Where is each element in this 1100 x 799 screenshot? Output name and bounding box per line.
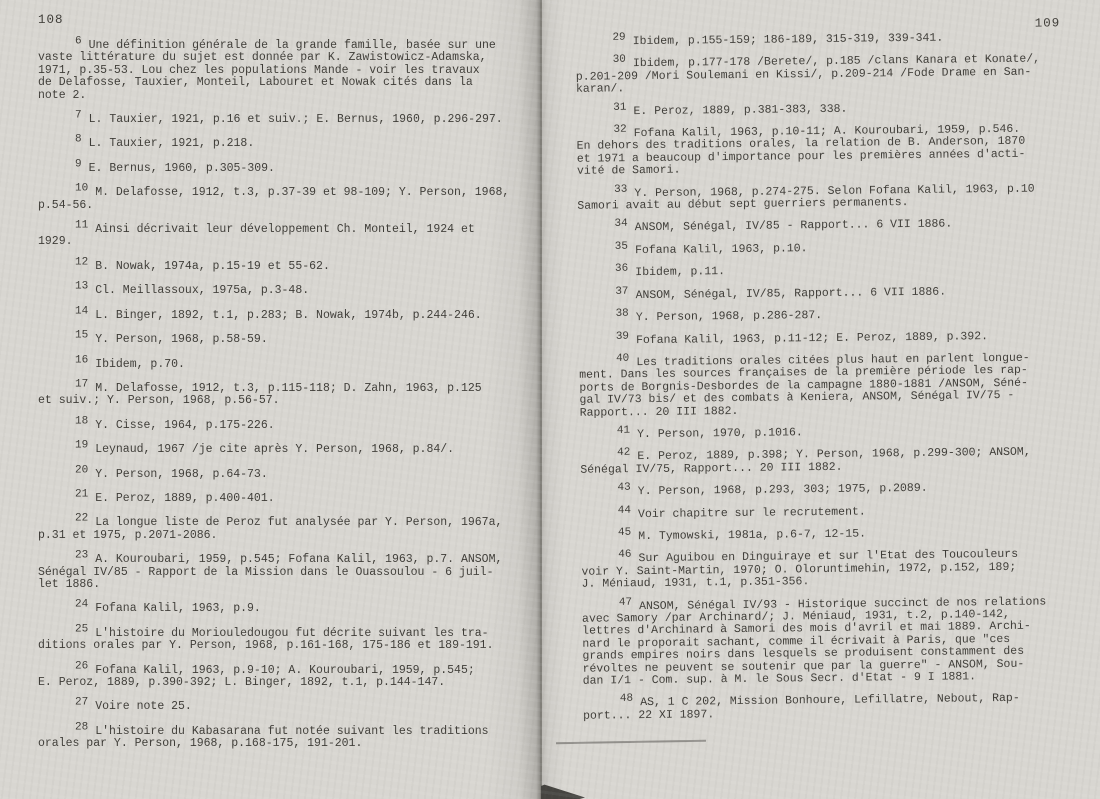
- footnote-text: E. Bernus, 1960, p.305-309.: [89, 162, 275, 175]
- footnote: 32Fofana Kalil, 1963, p.10-11; A. Kourou…: [576, 123, 1074, 178]
- footnote: 8L. Tauxier, 1921, p.218.: [38, 138, 528, 150]
- footnote-number: 46: [618, 549, 631, 562]
- footnote-number: 32: [613, 124, 626, 137]
- footnote: 41Y. Person, 1970, p.1016.: [580, 424, 1077, 442]
- footnote-number: 7: [75, 110, 82, 122]
- footnote: 19Leynaud, 1967 /je cite après Y. Person…: [38, 444, 528, 456]
- footnote-number: 26: [75, 660, 88, 672]
- footnote-number: 15: [75, 330, 88, 342]
- footnote-text: Y. Person, 1968, p.58-59.: [95, 333, 268, 346]
- footnote-text: Fofana Kalil, 1963, p.9-10; A. Kouroubar…: [38, 664, 475, 689]
- footnote-number: 36: [615, 263, 628, 276]
- footnote-text: Une définition générale de la grande fam…: [38, 39, 496, 102]
- footnote-number: 33: [614, 183, 627, 196]
- footnote-text: L. Tauxier, 1921, p.16 et suiv.; E. Bern…: [89, 113, 503, 126]
- footnote-number: 37: [615, 285, 628, 298]
- footnote: 46Sur Aguibou en Dinguiraye et sur l'Eta…: [581, 548, 1078, 591]
- scanned-book-spread: 108 6Une définition générale de la grand…: [0, 0, 1100, 799]
- footnote: 37ANSOM, Sénégal, IV/85, Rapport... 6 VI…: [578, 285, 1075, 303]
- footnote-text: AS, 1 C 202, Mission Bonhoure, Lefillatr…: [583, 692, 1020, 722]
- footnote-number: 16: [75, 354, 88, 366]
- footnote: 21E. Peroz, 1889, p.400-401.: [38, 493, 528, 505]
- footnote-number: 20: [75, 464, 88, 476]
- footnote: 35Fofana Kalil, 1963, p.10.: [578, 240, 1075, 258]
- footnote-text: M. Delafosse, 1912, t.3, p.37-39 et 98-1…: [38, 186, 509, 211]
- footnote: 14L. Binger, 1892, t.1, p.283; B. Nowak,…: [38, 310, 528, 322]
- footnote-number: 14: [75, 305, 88, 317]
- footnote-text: Les traditions orales citées plus haut e…: [579, 352, 1030, 420]
- footnote-text: Fofana Kalil, 1963, p.10.: [635, 242, 808, 257]
- footnote: 11Ainsi décrivait leur développement Ch.…: [38, 224, 528, 249]
- footnote: 25L'histoire du Moriouledougou fut décri…: [38, 628, 528, 653]
- footnote: 24Fofana Kalil, 1963, p.9.: [38, 603, 528, 615]
- footnote-number: 27: [75, 697, 88, 709]
- footnote: 13Cl. Meillassoux, 1975a, p.3-48.: [38, 285, 528, 297]
- footnote-number: 47: [619, 596, 632, 609]
- footnote-number: 12: [75, 256, 88, 268]
- footnote: 28L'histoire du Kabasarana fut notée sui…: [38, 726, 528, 751]
- footnote-text: Cl. Meillassoux, 1975a, p.3-48.: [95, 284, 309, 297]
- footnote: 29Ibidem, p.155-159; 186-189, 315-319, 3…: [575, 31, 1072, 49]
- footnote-number: 29: [612, 32, 625, 45]
- footnote: 6Une définition générale de la grande fa…: [38, 40, 528, 102]
- footnote-number: 25: [75, 623, 88, 635]
- footnote-text: Y. Person, 1970, p.1016.: [637, 426, 803, 441]
- footnote-text: L'histoire du Moriouledougou fut décrite…: [38, 627, 493, 652]
- footnote: 16Ibidem, p.70.: [38, 359, 528, 371]
- footnote-number: 48: [620, 693, 633, 706]
- footnote-number: 39: [616, 330, 629, 343]
- footnote-text: Sur Aguibou en Dinguiraye et sur l'Etat …: [581, 548, 1018, 591]
- footnote-text: Y. Person, 1968, p.293, 303; 1975, p.208…: [638, 482, 928, 498]
- footnote: 9E. Bernus, 1960, p.305-309.: [38, 163, 528, 175]
- footnote: 7L. Tauxier, 1921, p.16 et suiv.; E. Ber…: [38, 114, 528, 126]
- footnote-text: Ibidem, p.11.: [635, 265, 725, 279]
- footnote-number: 21: [75, 488, 88, 500]
- footnote: 44Voir chapitre sur le recrutement.: [581, 504, 1078, 522]
- footnote-number: 40: [616, 353, 629, 366]
- footnote-text: Fofana Kalil, 1963, p.10-11; A. Kourouba…: [577, 123, 1026, 178]
- footnote-number: 34: [614, 218, 627, 231]
- footnotes-list-left: 6Une définition générale de la grande fa…: [38, 40, 528, 751]
- footnote-text: Ibidem, p.177-178 /Berete/, p.185 /clans…: [576, 53, 1040, 96]
- footnote: 31E. Peroz, 1889, p.381-383, 338.: [576, 101, 1073, 119]
- footnote-number: 11: [75, 220, 88, 232]
- footnote-number: 43: [617, 482, 630, 495]
- footnote-text: E. Peroz, 1889, p.398; Y. Person, 1968, …: [580, 446, 1031, 477]
- footnote-text: A. Kouroubari, 1959, p.545; Fofana Kalil…: [38, 553, 502, 591]
- footnote-number: 10: [75, 183, 88, 195]
- footnote-number: 41: [617, 425, 630, 438]
- footnote-text: Voire note 25.: [95, 700, 192, 713]
- footnote-number: 24: [75, 599, 88, 611]
- footnote-text: La longue liste de Peroz fut analysée pa…: [38, 516, 502, 541]
- footnote-text: M. Delafosse, 1912, t.3, p.115-118; D. Z…: [38, 382, 482, 407]
- footnote-text: E. Peroz, 1889, p.381-383, 338.: [633, 102, 847, 117]
- footnote: 47ANSOM, Sénégal IV/93 - Historique succ…: [582, 596, 1080, 688]
- footnote-text: B. Nowak, 1974a, p.15-19 et 55-62.: [95, 260, 330, 273]
- footnote-text: L. Binger, 1892, t.1, p.283; B. Nowak, 1…: [95, 309, 481, 322]
- footnote: 34ANSOM, Sénégal, IV/85 - Rapport... 6 V…: [578, 218, 1075, 236]
- page-number-right: 109: [1035, 17, 1061, 30]
- footnote: 22La longue liste de Peroz fut analysée …: [38, 517, 528, 542]
- footnote-number: 19: [75, 440, 88, 452]
- footnote: 48AS, 1 C 202, Mission Bonhoure, Lefilla…: [583, 693, 1080, 723]
- footnote-text: ANSOM, Sénégal IV/93 - Historique succin…: [582, 595, 1046, 688]
- footnote-text: L'histoire du Kabasarana fut notée suiva…: [38, 725, 489, 750]
- footnote-text: ANSOM, Sénégal, IV/85, Rapport... 6 VII …: [635, 285, 946, 302]
- footnote: 40Les traditions orales citées plus haut…: [579, 352, 1077, 420]
- footnote: 20Y. Person, 1968, p.64-73.: [38, 469, 528, 481]
- footnote: 10M. Delafosse, 1912, t.3, p.37-39 et 98…: [38, 187, 528, 212]
- footnote: 42E. Peroz, 1889, p.398; Y. Person, 1968…: [580, 446, 1077, 476]
- footnote: 18Y. Cisse, 1964, p.175-226.: [38, 420, 528, 432]
- footnote: 45M. Tymowski, 1981a, p.6-7, 12-15.: [581, 526, 1078, 544]
- footnote-number: 44: [618, 504, 631, 517]
- footnote-number: 35: [615, 241, 628, 254]
- footnote: 23A. Kouroubari, 1959, p.545; Fofana Kal…: [38, 554, 528, 591]
- footnote: 33Y. Person, 1968, p.274-275. Selon Fofa…: [577, 183, 1074, 213]
- footnotes-list-right: 29Ibidem, p.155-159; 186-189, 315-319, 3…: [575, 31, 1080, 723]
- footnote-number: 6: [75, 36, 82, 48]
- footnote-text: Fofana Kalil, 1963, p.11-12; E. Peroz, 1…: [636, 330, 988, 347]
- footnote-text: Y. Person, 1968, p.64-73.: [95, 468, 268, 481]
- footnote-text: ANSOM, Sénégal, IV/85 - Rapport... 6 VII…: [635, 218, 953, 235]
- footnote: 27Voire note 25.: [38, 701, 528, 713]
- footnote-number: 28: [75, 721, 88, 733]
- footnote: 38Y. Person, 1968, p.286-287.: [579, 307, 1076, 325]
- footnote: 17M. Delafosse, 1912, t.3, p.115-118; D.…: [38, 383, 528, 408]
- footnote-number: 8: [75, 134, 82, 146]
- footnote-number: 30: [613, 54, 626, 67]
- footnote: 39Fofana Kalil, 1963, p.11-12; E. Peroz,…: [579, 330, 1076, 348]
- footnote-text: Voir chapitre sur le recrutement.: [638, 505, 866, 521]
- footnote-text: Y. Person, 1968, p.274-275. Selon Fofana…: [577, 182, 1034, 213]
- footnote-text: M. Tymowski, 1981a, p.6-7, 12-15.: [638, 527, 866, 543]
- footnote-number: 31: [613, 101, 626, 114]
- footnote: 36Ibidem, p.11.: [578, 262, 1075, 280]
- footnote-number: 42: [617, 447, 630, 460]
- footnote-number: 17: [75, 378, 88, 390]
- footnote-text: Ainsi décrivait leur développement Ch. M…: [38, 223, 475, 248]
- footnote: 43Y. Person, 1968, p.293, 303; 1975, p.2…: [581, 481, 1078, 499]
- footnote: 15Y. Person, 1968, p.58-59.: [38, 334, 528, 346]
- footnote-number: 18: [75, 415, 88, 427]
- footnote: 12B. Nowak, 1974a, p.15-19 et 55-62.: [38, 261, 528, 273]
- footnote-number: 9: [75, 158, 82, 170]
- footnote-text: Y. Person, 1968, p.286-287.: [636, 309, 822, 324]
- footnote-number: 38: [615, 308, 628, 321]
- footnote-text: Leynaud, 1967 /je cite après Y. Person, …: [95, 443, 454, 456]
- footnote: 26Fofana Kalil, 1963, p.9-10; A. Kouroub…: [38, 665, 528, 690]
- book-page-left: 108 6Une définition générale de la grand…: [0, 0, 540, 799]
- book-page-right: 109 29Ibidem, p.155-159; 186-189, 315-31…: [542, 0, 1100, 799]
- footnote-text: Fofana Kalil, 1963, p.9.: [95, 602, 261, 615]
- footnote-text: Y. Cisse, 1964, p.175-226.: [95, 419, 274, 432]
- footnote-text: Ibidem, p.155-159; 186-189, 315-319, 339…: [633, 32, 944, 49]
- footnote-text: Ibidem, p.70.: [95, 358, 185, 371]
- footnote-number: 23: [75, 550, 88, 562]
- footnote-text: E. Peroz, 1889, p.400-401.: [95, 492, 274, 505]
- footnote-number: 22: [75, 513, 88, 525]
- footnote-text: L. Tauxier, 1921, p.218.: [89, 137, 255, 150]
- footnote-number: 13: [75, 281, 88, 293]
- footnote-number: 45: [618, 527, 631, 540]
- footnote: 30Ibidem, p.177-178 /Berete/, p.185 /cla…: [576, 54, 1073, 97]
